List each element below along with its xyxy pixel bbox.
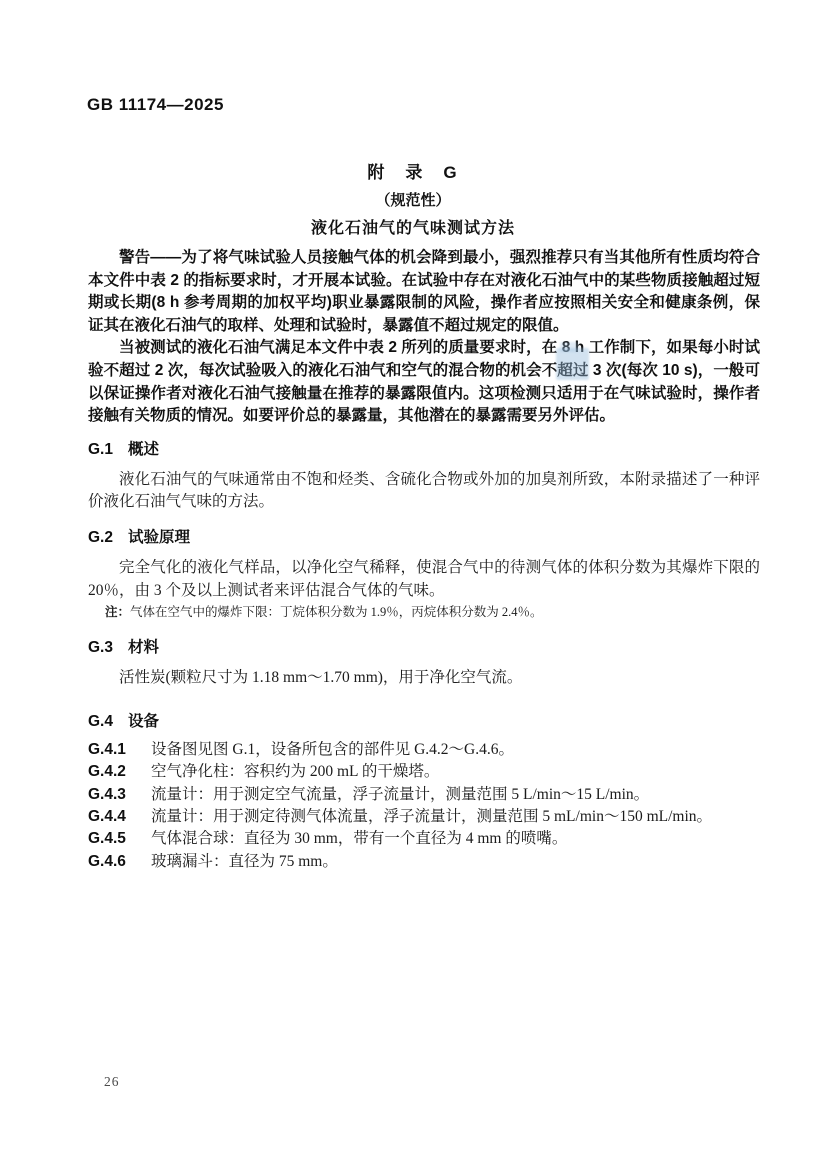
section-body-g1: 液化石油气的气味通常由不饱和烃类、含硫化合物或外加的加臭剂所致，本附录描述了一种… xyxy=(88,469,760,514)
section-number: G.1 xyxy=(88,441,113,458)
equipment-list: G.4.1设备图见图 G.1，设备所包含的部件见 G.4.2～G.4.6。 G.… xyxy=(88,739,760,873)
watermark-stamp xyxy=(556,348,589,380)
equipment-item: G.4.2空气净化柱：容积约为 200 mL 的干燥塔。 xyxy=(88,761,760,783)
equipment-item-number: G.4.3 xyxy=(88,784,135,806)
equipment-item: G.4.6玻璃漏斗：直径为 75 mm。 xyxy=(88,851,760,873)
equipment-item-number: G.4.1 xyxy=(88,739,135,761)
note-line: 注：气体在空气中的爆炸下限：丁烷体积分数为 1.9％，丙烷体积分数为 2.4％。 xyxy=(105,604,760,621)
section-number: G.2 xyxy=(88,529,113,546)
section-number: G.3 xyxy=(88,639,113,656)
section-number: G.4 xyxy=(88,713,113,730)
equipment-item: G.4.5气体混合球：直径为 30 mm，带有一个直径为 4 mm 的喷嘴。 xyxy=(88,828,760,850)
section-heading-g4: G.4设备 xyxy=(88,712,760,732)
document-body: 警告——为了将气味试验人员接触气体的机会降到最小，强烈推荐只有当其他所有性质均符… xyxy=(88,247,760,873)
equipment-item-text: 设备图见图 G.1，设备所包含的部件见 G.4.2～G.4.6。 xyxy=(151,741,514,758)
appendix-title-block: 附 录 G （规范性） 液化石油气的气味测试方法 xyxy=(0,158,826,238)
section-title: 试验原理 xyxy=(128,529,190,546)
equipment-item-number: G.4.2 xyxy=(88,761,135,783)
section-body-g3: 活性炭(颗粒尺寸为 1.18 mm～1.70 mm)，用于净化空气流。 xyxy=(88,667,760,690)
section-heading-g2: G.2试验原理 xyxy=(88,528,760,548)
page-number: 26 xyxy=(104,1074,120,1090)
equipment-item-number: G.4.5 xyxy=(88,828,135,850)
appendix-normative-tag: （规范性） xyxy=(0,189,826,210)
section-heading-g3: G.3材料 xyxy=(88,638,760,658)
equipment-item: G.4.1设备图见图 G.1，设备所包含的部件见 G.4.2～G.4.6。 xyxy=(88,739,760,761)
note-text: 气体在空气中的爆炸下限：丁烷体积分数为 1.9％，丙烷体积分数为 2.4％。 xyxy=(130,605,543,619)
appendix-label: 附 录 G xyxy=(0,158,826,183)
section-heading-g1: G.1概述 xyxy=(88,440,760,460)
section-title: 设备 xyxy=(128,713,159,730)
equipment-item-text: 流量计：用于测定待测气体流量，浮子流量计，测量范围 5 mL/min～150 m… xyxy=(151,808,712,825)
appendix-title: 液化石油气的气味测试方法 xyxy=(0,215,826,238)
section-title: 概述 xyxy=(128,441,159,458)
standard-document-page: GB 11174—2025 附 录 G （规范性） 液化石油气的气味测试方法 警… xyxy=(0,0,826,1169)
section-title: 材料 xyxy=(128,639,159,656)
equipment-item-text: 流量计：用于测定空气流量，浮子流量计，测量范围 5 L/min～15 L/min… xyxy=(151,786,649,803)
equipment-item-text: 气体混合球：直径为 30 mm，带有一个直径为 4 mm 的喷嘴。 xyxy=(151,830,567,847)
equipment-item-text: 空气净化柱：容积约为 200 mL 的干燥塔。 xyxy=(151,763,439,780)
document-code: GB 11174—2025 xyxy=(87,95,224,115)
warning-paragraph-2: 当被测试的液化石油气满足本文件中表 2 所列的质量要求时，在 8 h 工作制下，… xyxy=(88,337,760,427)
equipment-item-text: 玻璃漏斗：直径为 75 mm。 xyxy=(151,853,338,870)
equipment-item: G.4.3流量计：用于测定空气流量，浮子流量计，测量范围 5 L/min～15 … xyxy=(88,784,760,806)
warning-paragraph-1: 警告——为了将气味试验人员接触气体的机会降到最小，强烈推荐只有当其他所有性质均符… xyxy=(88,247,760,337)
equipment-item: G.4.4流量计：用于测定待测气体流量，浮子流量计，测量范围 5 mL/min～… xyxy=(88,806,760,828)
note-label: 注： xyxy=(105,605,130,619)
equipment-item-number: G.4.6 xyxy=(88,851,135,873)
section-body-g2: 完全气化的液化气样品，以净化空气稀释，使混合气中的待测气体的体积分数为其爆炸下限… xyxy=(88,557,760,602)
equipment-item-number: G.4.4 xyxy=(88,806,135,828)
